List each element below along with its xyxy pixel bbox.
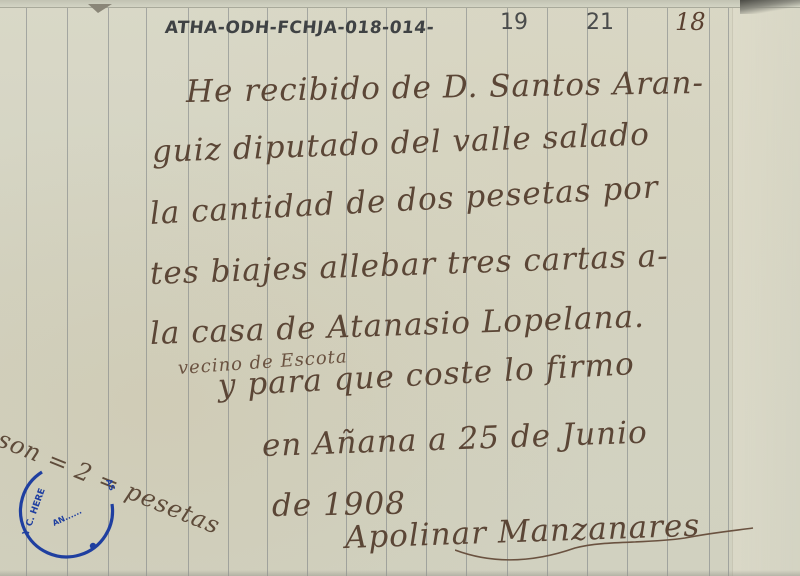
page-number-1: 19 — [500, 10, 528, 35]
archive-reference-code: ATHA-ODH-FCHJA-018-014- — [164, 18, 435, 38]
signature-flourish — [455, 520, 755, 570]
ruled-line — [728, 0, 729, 576]
ruled-line — [709, 0, 710, 576]
stamp-dot — [90, 543, 96, 549]
folio-number: 18 — [675, 8, 706, 36]
page-number-2: 21 — [586, 10, 614, 35]
stamp: Y C. HERE AN...... AS — [14, 466, 122, 566]
corner-shadow — [740, 0, 800, 14]
paper-top-edge — [0, 0, 800, 8]
stamp-text-center: AN...... — [51, 507, 83, 528]
paper-bottom-edge — [0, 570, 800, 576]
stamp-text-right: AS — [104, 478, 117, 493]
paper-tab — [88, 4, 112, 13]
paper-fold — [732, 0, 800, 576]
